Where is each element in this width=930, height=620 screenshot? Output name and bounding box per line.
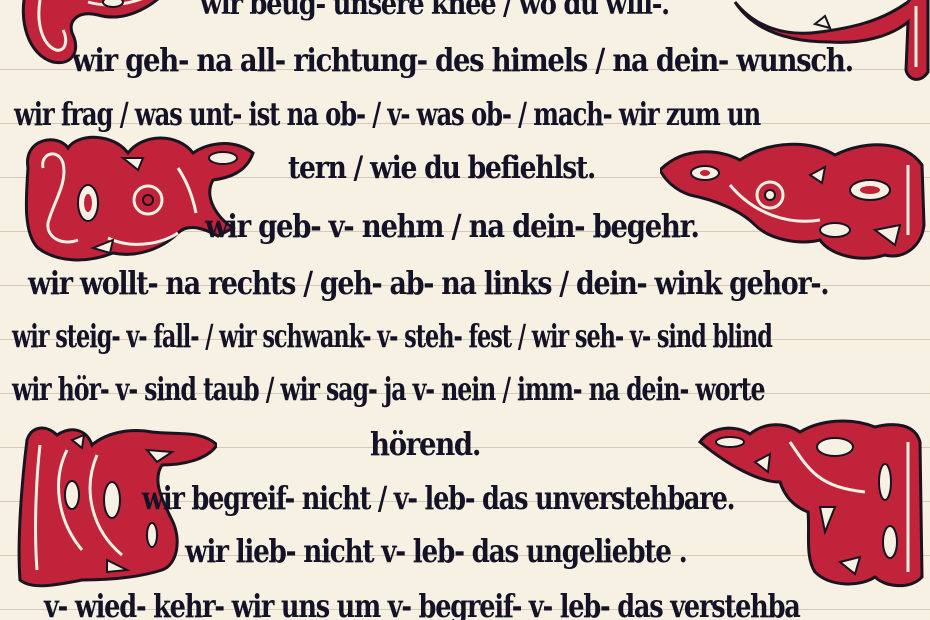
- middle-right-ornament: [660, 135, 930, 265]
- manuscript-line-9: hörend.: [370, 428, 480, 460]
- manuscript-line-10: wir begreif- nicht / v- leb- das unverst…: [142, 482, 734, 514]
- manuscript-line-2: wir geh- na all- richtung- des himels / …: [72, 44, 853, 76]
- middle-left-ornament: [18, 128, 263, 268]
- manuscript-line-6: wir wollt- na rechts / geh- ab- na links…: [28, 267, 828, 299]
- manuscript-line-5: wir geb- v- nehm / na dein- begehr.: [205, 210, 699, 242]
- manuscript-line-11: wir lieb- nicht v- leb- das ungeliebte .: [185, 535, 687, 567]
- manuscript-line-12: v- wied- kehr- wir uns um v- begreif- v-…: [44, 590, 800, 620]
- manuscript-line-7: wir steig- v- fall- / wir schwank- v- st…: [12, 320, 772, 352]
- manuscript-line-1: wir beug- unsere knee / wo du will-.: [200, 0, 669, 20]
- manuscript-line-3: wir frag / was unt- ist na ob- / v- was …: [14, 98, 760, 130]
- manuscript-line-8: wir hör- v- sind taub / wir sag- ja v- n…: [12, 373, 764, 405]
- manuscript-page: wir beug- unsere knee / wo du will-. wir…: [0, 0, 930, 620]
- manuscript-line-4: tern / wie du befiehlst.: [288, 153, 595, 184]
